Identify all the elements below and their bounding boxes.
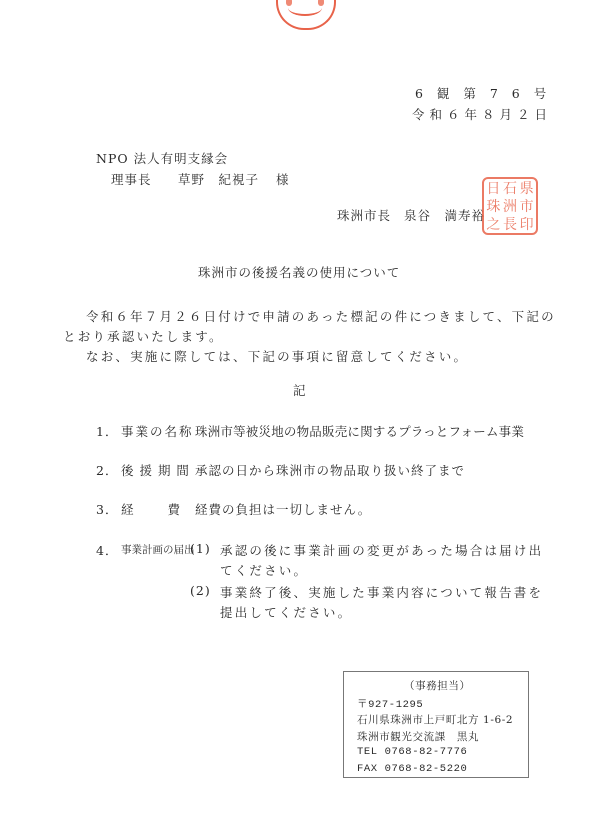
subject-title: 珠洲市の後援名義の使用について <box>198 263 400 281</box>
item-4-sub-2-number: (2) <box>190 583 211 598</box>
item-3-number: 3． <box>96 500 118 518</box>
item-4-sub-2-line-2: 提出してください。 <box>220 603 352 621</box>
contact-tel: TEL 0768-82-7776 <box>357 746 467 758</box>
body-paragraph-2: なお、実施に際しては、下記の事項に留意してください。 <box>86 347 468 365</box>
mayor-seal-icon: 日石県 珠洲市 之長印 <box>482 177 538 235</box>
recipient-organization: NPO 法人有明支縁会 <box>96 149 228 167</box>
contact-fax: FAX 0768-82-5220 <box>357 763 467 775</box>
contact-box: （事務担当） 〒927-1295 石川県珠洲市上戸町北方 1-6-2 珠洲市観光… <box>343 671 529 778</box>
contact-address: 石川県珠洲市上戸町北方 1-6-2 <box>357 712 513 727</box>
item-4-sub-1-line-2: てください。 <box>220 561 308 579</box>
body-paragraph-1-line-2: とおり承認いたします。 <box>63 327 224 345</box>
sender-title: 珠洲市長 <box>337 206 391 224</box>
contact-department: 珠洲市観光交流課 黒丸 <box>357 729 479 744</box>
document-number: 6 観 第 7 6 号 <box>415 84 551 102</box>
item-4-label: 事業計画の届出 <box>121 542 195 557</box>
item-4-sub-1-number: (1) <box>190 541 211 556</box>
recipient-honorific: 様 <box>276 170 290 188</box>
ki-heading: 記 <box>293 381 307 399</box>
item-3-label: 経 費 <box>121 500 183 518</box>
recipient-title: 理事長 <box>111 170 152 188</box>
item-2-label: 後 援 期 間 <box>121 461 190 479</box>
sender-name: 泉谷 満寿裕 <box>404 206 485 224</box>
item-4-sub-2-line-1: 事業終了後、実施した事業内容について報告書を <box>220 583 543 601</box>
item-3-value: 経費の負担は一切しません。 <box>195 500 371 518</box>
item-2-value: 承認の日から珠洲市の物品取り扱い終了まで <box>195 461 465 479</box>
recipient-name: 草野 紀視子 <box>178 170 259 188</box>
official-stamp-top <box>276 0 336 30</box>
item-2-number: 2． <box>96 461 118 479</box>
item-4-number: 4． <box>96 541 118 559</box>
document-date: 令和６年８月２日 <box>412 105 552 123</box>
item-4-sub-1-line-1: 承認の後に事業計画の変更があった場合は届け出 <box>220 541 543 559</box>
item-1-number: 1． <box>96 422 118 440</box>
contact-heading: （事務担当） <box>404 678 471 693</box>
contact-postal-code: 〒927-1295 <box>357 696 423 711</box>
body-paragraph-1-line-1: 令和６年７月２６日付けで申請のあった標記の件につきまして、下記の <box>86 307 556 325</box>
item-1-value: 珠洲市等被災地の物品販売に関するプラっとフォーム事業 <box>195 422 524 440</box>
item-1-label: 事業の名称 <box>121 422 194 440</box>
